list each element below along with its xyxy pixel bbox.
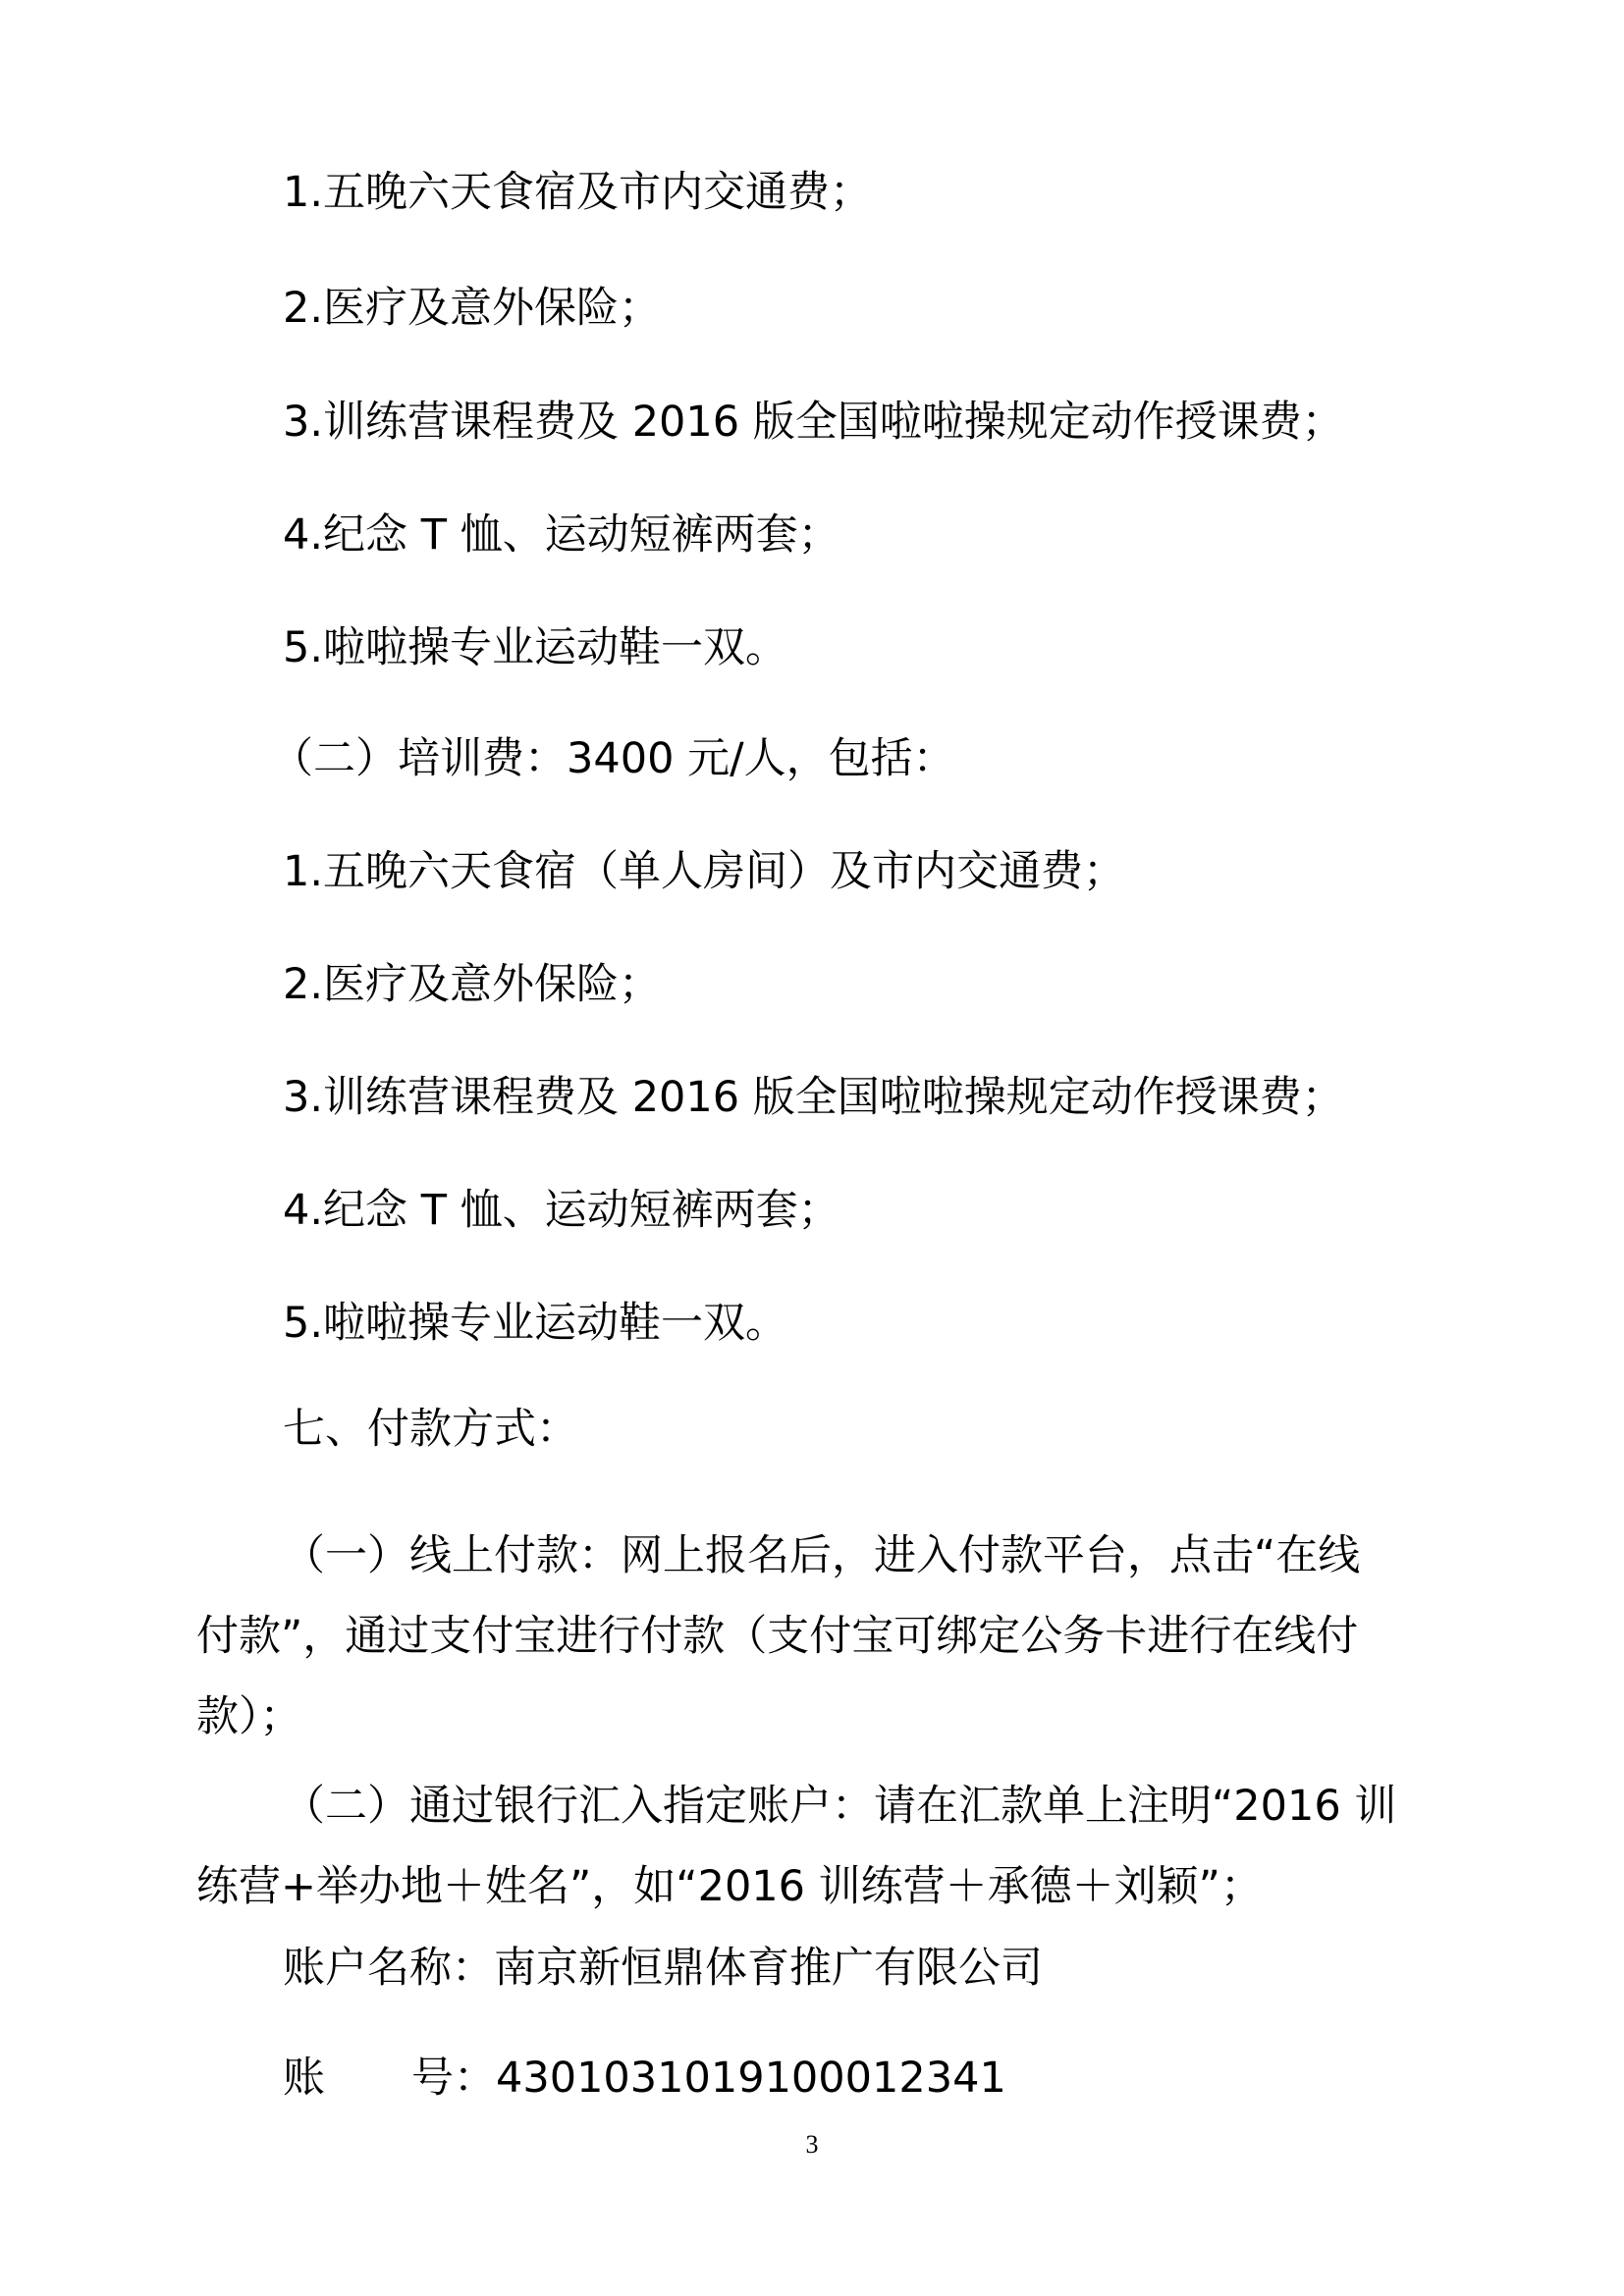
account-name-label: 账户名称：	[283, 1944, 494, 1993]
fee-1-item-1: 1.五晚六天食宿及市内交通费；	[283, 167, 872, 218]
document-page: 1.五晚六天食宿及市内交通费； 2.医疗及意外保险； 3.训练营课程费及 201…	[0, 0, 1624, 2296]
account-number-label-start: 账	[283, 2054, 325, 2103]
fee-2-item-5: 5.啦啦操专业运动鞋一双。	[283, 1298, 787, 1349]
account-name-row: 账户名称：南京新恒鼎体育推广有限公司	[283, 1943, 1043, 1994]
bank-transfer-line-2: 练营+举办地＋姓名”，如“2016 训练营＋承德＋刘颖”；	[196, 1861, 1263, 1912]
account-number-value: 4301031019100012341	[496, 2054, 1006, 2103]
fee-1-item-3: 3.训练营课程费及 2016 版全国啦啦操规定动作授课费；	[283, 397, 1344, 448]
fee-2-item-1: 1.五晚六天食宿（单人房间）及市内交通费；	[283, 846, 1125, 897]
bank-transfer-line-1: （二）通过银行汇入指定账户：请在汇款单上注明“2016 训	[283, 1781, 1396, 1832]
online-payment-line-2: 付款”，通过支付宝进行付款（支付宝可绑定公务卡进行在线付	[196, 1611, 1358, 1662]
online-payment-line-1: （一）线上付款：网上报名后，进入付款平台，点击“在线	[283, 1530, 1360, 1581]
fee-2-item-4: 4.纪念 T 恤、运动短裤两套；	[283, 1185, 840, 1236]
account-number-row: 账号：4301031019100012341	[283, 2053, 1006, 2104]
account-name-value: 南京新恒鼎体育推广有限公司	[494, 1944, 1043, 1993]
page-number: 3	[800, 2130, 824, 2160]
fee-1-item-4: 4.纪念 T 恤、运动短裤两套；	[283, 509, 840, 561]
fee-2-heading: （二）培训费：3400 元/人，包括：	[271, 733, 955, 784]
account-number-label-end: 号：	[411, 2054, 496, 2103]
fee-2-item-2: 2.医疗及意外保险；	[283, 959, 661, 1010]
fee-1-item-5: 5.啦啦操专业运动鞋一双。	[283, 622, 787, 673]
payment-heading: 七、付款方式：	[283, 1404, 578, 1455]
fee-1-item-2: 2.医疗及意外保险；	[283, 283, 661, 334]
fee-2-item-3: 3.训练营课程费及 2016 版全国啦啦操规定动作授课费；	[283, 1072, 1344, 1123]
online-payment-line-3: 款）；	[196, 1691, 302, 1742]
